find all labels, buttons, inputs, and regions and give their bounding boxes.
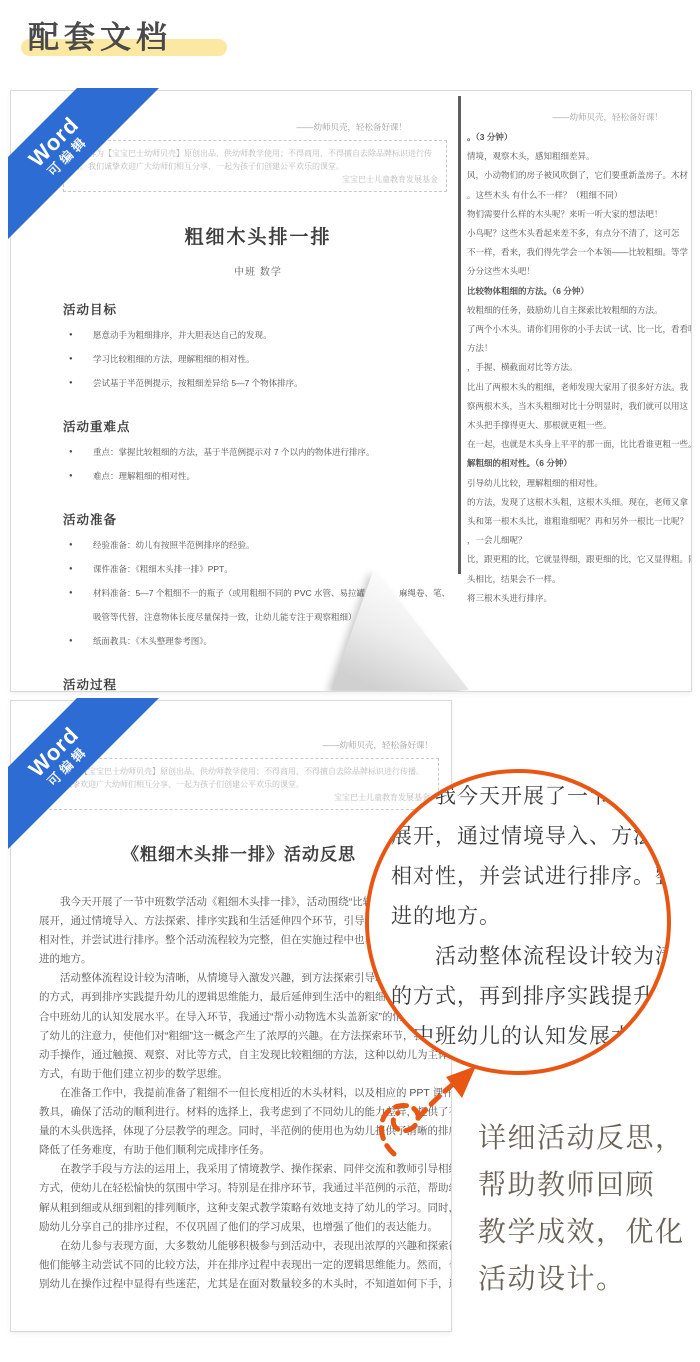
clipped-text-line: 了两个小木头。请你们用你的小手去试一试、比一比，看看哪 <box>467 320 692 339</box>
clipped-text-line: 比出了两根木头的粗细，老师发现大家用了很多好方法。我 <box>467 378 692 397</box>
bullet-item: 难点：理解粗细的相对性。 <box>63 464 453 488</box>
clipped-text-line: 的方法，发现了这根木头粗，这根木头细。现在，老师又拿 <box>467 493 692 512</box>
ribbon-band: Word 可编辑 <box>8 88 188 268</box>
bullet-item: 愿意动手为粗细排序，并大胆表达自己的发现。 <box>63 323 453 347</box>
clipped-text-line: 比，跟更粗的比，它就显得细，跟更细的比，它又显得粗。同 <box>467 550 692 569</box>
section-heading-goals: 活动目标 <box>63 300 453 318</box>
clipped-text-line: 察两根木头，当木头粗细对比十分明显时，我们就可以用这 <box>467 397 692 416</box>
page-curl <box>331 569 469 690</box>
magnified-text: 我今天开展了一节中展开，通过情境导入、方法探相对性，并尝试进行排序。整个进的地方… <box>391 777 671 1057</box>
clipped-text-line: ，一会儿细呢？ <box>467 531 692 550</box>
page-header: 配套文档 <box>28 12 172 57</box>
reflection-text-line: 解从粗到细或从细到粗的排列顺序，这种支架式教学策略有效地支持了幼儿的学习。同时，… <box>39 1199 451 1218</box>
reflection-text-line: 方式，使幼儿在轻松愉快的氛围中学习。特别是在排序环节，我通过半范例的示范，帮助幼… <box>39 1179 451 1198</box>
clipped-text-line: 较粗细的任务，鼓励幼儿自主探索比较粗细的方法。 <box>467 301 692 320</box>
clipped-text-line: 木头把手撑得更大、那根就更粗一些。 <box>467 416 692 435</box>
goals-bullet-list: 愿意动手为粗细排序，并大胆表达自己的发现。学习比较粗细的方法，理解粗细的相对性。… <box>63 323 453 395</box>
word-editable-ribbon: Word 可编辑 <box>8 698 188 878</box>
reflection-text-line: 他们能够主动尝试不同的比较方法，并在排序过程中表现出一定的逻辑思维能力。然而，也… <box>39 1256 451 1275</box>
clipped-text-line: 头相比，结果会不一样。 <box>467 570 692 589</box>
bullet-item: 尝试基于半范例提示，按粗细差异给 5—7 个物体排序。 <box>63 371 453 395</box>
lesson-plan-page-2: ——幼师贝壳，轻松备好课！ 。（3 分钟）情境，观察木头，感知粗细差异。风，小动… <box>467 111 692 608</box>
reflection-text-line: 别幼儿在操作过程中显得有些迷茫，尤其是在面对数量较多的木头时，不知道如何下手，这… <box>39 1275 451 1294</box>
magnified-text-line: 的方式，再到排序实践提升幼 <box>391 977 671 1017</box>
page-edge-divider <box>458 96 461 574</box>
clipped-text-line: 小鸟呢？这些木头看起来差不多，有点分不清了，这可怎 <box>467 224 692 243</box>
clipped-text-line: 比较物体粗细的方法。（6 分钟） <box>467 282 692 301</box>
section-heading-key-points: 活动重难点 <box>63 417 453 435</box>
clipped-text-line: 。（3 分钟） <box>467 128 692 147</box>
word-editable-ribbon: Word 可编辑 <box>8 88 188 268</box>
clipped-text-line: 方法！ <box>467 339 692 358</box>
magnified-text-line: 相对性，并尝试进行排序。整个 <box>391 857 671 897</box>
section-heading-preparation: 活动准备 <box>63 510 453 528</box>
page2-text-lines: 。（3 分钟）情境，观察木头，感知粗细差异。风，小动物们的房子被风吹倒了，它们要… <box>467 128 692 608</box>
magnifier-circle: 我今天开展了一节中展开，通过情境导入、方法探相对性，并尝试进行排序。整个进的地方… <box>365 769 671 1075</box>
clipped-text-line: 在一起，也就是木头身上平平的那一面，比比看谁更粗一些。 <box>467 435 692 454</box>
magnified-text-line: 合中班幼儿的认知发展水 <box>391 1017 671 1057</box>
clipped-text-line: 分分这些木头吧！ <box>467 262 692 281</box>
clipped-text-line: 物们需要什么样的木头呢？来听一听大家的想法吧！ <box>467 205 692 224</box>
clipped-text-line: 头和第一根木头比，谁粗谁细呢？再和另外一根比一比呢？ <box>467 512 692 531</box>
clipped-text-line: 解粗细的相对性。（6 分钟） <box>467 454 692 473</box>
arrow-icon <box>372 1060 490 1172</box>
clipped-text-line: 。这些木头 有什么不一样？（粗细不同） <box>467 186 692 205</box>
key-points-bullet-list: 重点：掌握比较粗细的方法，基于半范例提示对 7 个以内的物体进行排序。难点：理解… <box>63 440 453 488</box>
magnified-text-line: 展开，通过情境导入、方法探 <box>391 817 671 857</box>
bullet-item: 经验准备：幼儿有按照半范例排序的经验。 <box>63 533 453 557</box>
bullet-item: 学习比较粗细的方法，理解粗细的相对性。 <box>63 347 453 371</box>
clipped-text-line: 引导幼儿比较，理解粗细的相对性。 <box>467 474 692 493</box>
reflection-text-line: 合中班幼儿的认知发展水平。在导入环节，我通过“帮小动物选木头盖新家”的情境，成功… <box>39 1008 451 1027</box>
reflection-text-line: 在幼儿参与表现方面，大多数幼儿能够积极参与到活动中，表现出浓厚的兴趣和探索欲望。 <box>39 1237 451 1256</box>
clipped-text-line: 将三根木头进行排序。 <box>467 589 692 608</box>
clipped-text-line: ，手握、横截面对比等方法。 <box>467 358 692 377</box>
clipped-text-line: 情境，观察木头，感知粗细差异。 <box>467 147 692 166</box>
reflection-text-line: 了幼儿的注意力，使他们对“粗细”这一概念产生了浓厚的兴趣。在方法探索环节，我鼓励… <box>39 1027 451 1046</box>
ribbon-band: Word 可编辑 <box>8 698 188 878</box>
page-title: 配套文档 <box>28 12 172 57</box>
clipped-text-line: 不一样，看来，我们得先学会一个本领——比较粗细。等学 <box>467 243 692 262</box>
reflection-text-line: 励幼儿分享自己的排序过程，不仅巩固了他们的学习成果，也增强了他们的表达能力。 <box>39 1218 451 1237</box>
doc-tagline: ——幼师贝壳，轻松备好课！ <box>467 111 692 122</box>
magnified-text-line: 我今天开展了一节中 <box>391 777 671 817</box>
clipped-text-line: 风，小动物们的房子被风吹倒了，它们要重新盖房子。木材 <box>467 166 692 185</box>
magnified-text-line: 进的地方。 <box>391 897 671 937</box>
magnified-text-line: 活动整体流程设计较为清晰 <box>391 937 671 977</box>
bullet-item: 重点：掌握比较粗细的方法，基于半范例提示对 7 个以内的物体进行排序。 <box>63 440 453 464</box>
caption-text: 详细活动反思， 帮助教师回顾 教学成效，优化 活动设计。 <box>478 1114 685 1302</box>
